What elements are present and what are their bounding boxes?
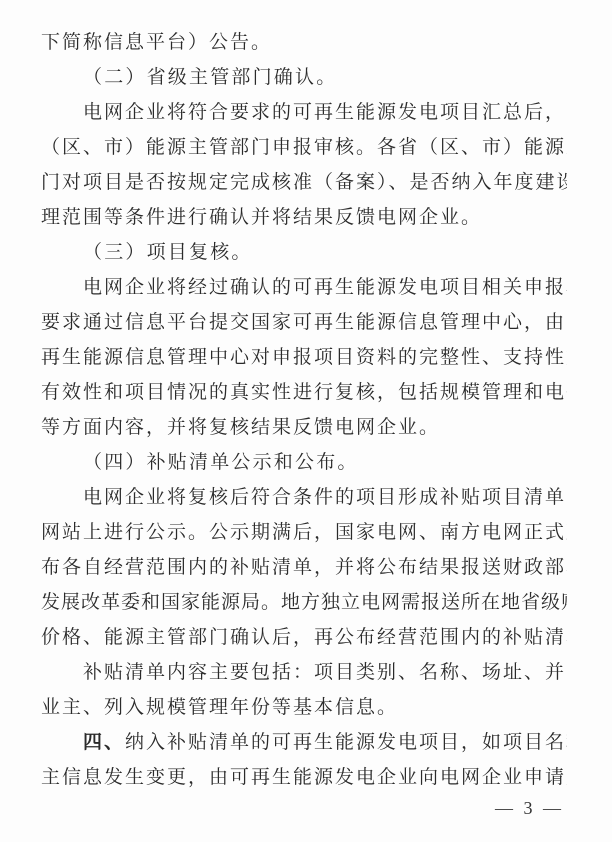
section-number-four: 四、 — [83, 731, 125, 753]
paragraph-line: 主信息发生变更，由可再生能源发电企业向电网企业申请更变， — [41, 760, 567, 795]
paragraph-line: 有效性和项目情况的真实性进行复核，包括规模管理和电价政策 — [41, 375, 567, 410]
subheading-project-review: （三）项目复核。 — [41, 235, 567, 270]
text-line-continuation: 下简称信息平台）公告。 — [41, 25, 567, 60]
paragraph-line: 布各自经营范围内的补贴清单，并将公布结果报送财政部、国家 — [41, 550, 567, 585]
paragraph-line: 电网企业将经过确认的可再生能源发电项目相关申报材料按 — [41, 270, 567, 305]
paragraph-line: （区、市）能源主管部门申报审核。各省（区、市）能源主管部 — [41, 130, 567, 165]
section-four-line: 四、纳入补贴清单的可再生能源发电项目，如项目名称、业 — [41, 725, 567, 760]
subheading-subsidy-list-publication: （四）补贴清单公示和公布。 — [41, 445, 567, 480]
document-page: 下简称信息平台）公告。 （二）省级主管部门确认。 电网企业将符合要求的可再生能源… — [41, 25, 567, 795]
paragraph-line: 发展改革委和国家能源局。地方独立电网需报送所在地省级财政、 — [41, 585, 567, 620]
paragraph-line: 补贴清单内容主要包括：项目类别、名称、场址、并网容量、 — [41, 655, 567, 690]
subheading-provincial-confirmation: （二）省级主管部门确认。 — [41, 60, 567, 95]
paragraph-line: 门对项目是否按规定完成核准（备案）、是否纳入年度建设规模管 — [41, 165, 567, 200]
section-four-text: 纳入补贴清单的可再生能源发电项目，如项目名称、业 — [125, 731, 567, 753]
paragraph-line: 网站上进行公示。公示期满后，国家电网、南方电网正式对外公 — [41, 515, 567, 550]
paragraph-line: 再生能源信息管理中心对申报项目资料的完整性、支持性文件的 — [41, 340, 567, 375]
paragraph-line: 价格、能源主管部门确认后，再公布经营范围内的补贴清单。 — [41, 620, 567, 655]
paragraph-line: 要求通过信息平台提交国家可再生能源信息管理中心，由国家可 — [41, 305, 567, 340]
paragraph-line: 电网企业将符合要求的可再生能源发电项目汇总后，向各省 — [41, 95, 567, 130]
paragraph-line: 电网企业将复核后符合条件的项目形成补贴项目清单，并在 — [41, 480, 567, 515]
paragraph-line: 业主、列入规模管理年份等基本信息。 — [41, 690, 567, 725]
page-number: — 3 — — [495, 798, 555, 819]
paragraph-line: 等方面内容，并将复核结果反馈电网企业。 — [41, 410, 567, 445]
paragraph-line: 理范围等条件进行确认并将结果反馈电网企业。 — [41, 200, 567, 235]
